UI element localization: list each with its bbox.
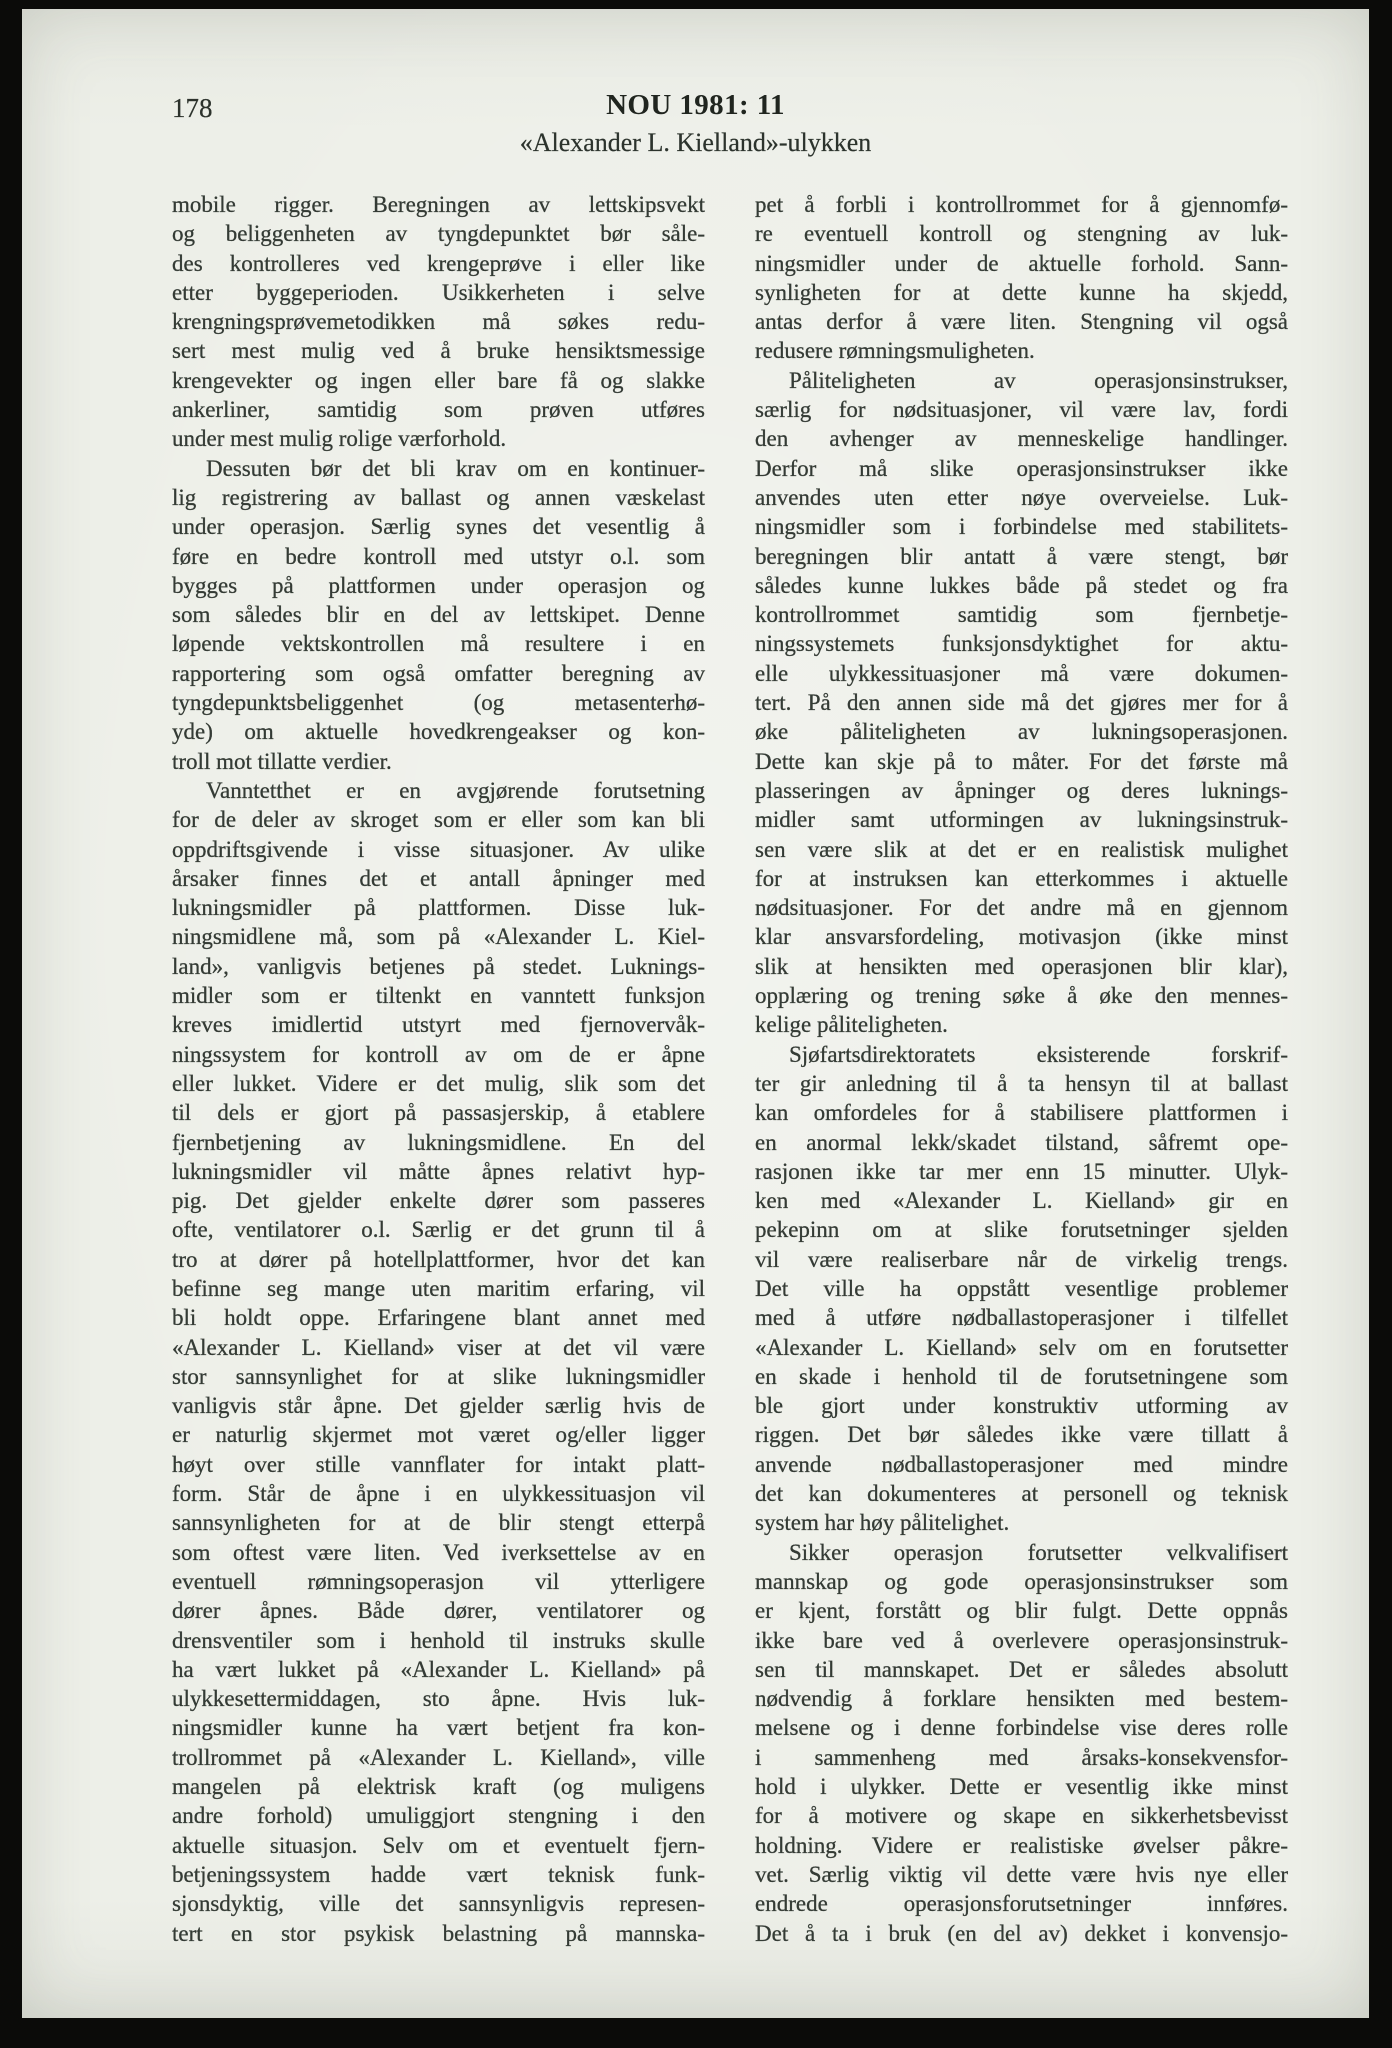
text-line: eventuell rømningsoperasjon vil ytterlig…	[172, 1567, 705, 1596]
text-line: sert mest mulig ved å bruke hensiktsmess…	[172, 336, 705, 365]
text-line: befinne seg mange uten maritim erfaring,…	[172, 1274, 705, 1303]
text-line: en anormal lekk/skadet tilstand, såfremt…	[755, 1128, 1288, 1157]
text-line: kelige påliteligheten.	[755, 1010, 1288, 1039]
text-line: er kjent, forstått og blir fulgt. Dette …	[755, 1596, 1288, 1625]
text-line: redusere rømningsmuligheten.	[755, 336, 1288, 365]
text-line: løpende vektskontrollen må resultere i e…	[172, 629, 705, 658]
text-line: Påliteligheten av operasjonsinstrukser,	[755, 366, 1288, 395]
text-line: «Alexander L. Kielland» viser at det vil…	[172, 1333, 705, 1362]
text-line: sjonsdyktig, ville det sannsynligvis rep…	[172, 1889, 705, 1918]
text-line: betjeningssystem hadde vært teknisk funk…	[172, 1860, 705, 1889]
text-line: nødsituasjoner. For det andre må en gjen…	[755, 893, 1288, 922]
text-line: ofte, ventilatorer o.l. Særlig er det gr…	[172, 1215, 705, 1244]
text-line: midler som er tiltenkt en vanntett funks…	[172, 981, 705, 1010]
text-line: anvende nødballastoperasjoner med mindre	[755, 1450, 1288, 1479]
text-line: vanligvis står åpne. Det gjelder særlig …	[172, 1391, 705, 1420]
text-line: klar ansvarsfordeling, motivasjon (ikke …	[755, 922, 1288, 951]
text-line: Dessuten bør det bli krav om en kontinue…	[172, 454, 705, 483]
text-line: troll mot tillatte verdier.	[172, 747, 705, 776]
text-line: «Alexander L. Kielland» selv om en forut…	[755, 1333, 1288, 1362]
text-line: tro at dører på hotellplattformer, hvor …	[172, 1245, 705, 1274]
text-line: ha vært lukket på «Alexander L. Kielland…	[172, 1655, 705, 1684]
text-line: for å motivere og skape en sikkerhetsbev…	[755, 1801, 1288, 1830]
text-line: for de deler av skroget som er eller som…	[172, 805, 705, 834]
text-line: pekepinn om at slike forutsetninger sjel…	[755, 1215, 1288, 1244]
text-line: sen til mannskapet. Det er således absol…	[755, 1655, 1288, 1684]
text-line: Sjøfartsdirektoratets eksisterende forsk…	[755, 1040, 1288, 1069]
text-line: som oftest være liten. Ved iverksettelse…	[172, 1538, 705, 1567]
text-line: Sikker operasjon forutsetter velkvalifis…	[755, 1538, 1288, 1567]
text-line: riggen. Det bør således ikke være tillat…	[755, 1420, 1288, 1449]
text-line: bygges på plattformen under operasjon og	[172, 571, 705, 600]
text-line: krengevekter og ingen eller bare få og s…	[172, 366, 705, 395]
text-line: mobile rigger. Beregningen av lettskipsv…	[172, 190, 705, 219]
text-line: således kunne lukkes både på stedet og f…	[755, 571, 1288, 600]
text-line: den avhenger av menneskelige handlinger.	[755, 424, 1288, 453]
text-line: dører åpnes. Både dører, ventilatorer og	[172, 1596, 705, 1625]
text-line: føre en bedre kontroll med utstyr o.l. s…	[172, 542, 705, 571]
document-subtitle: «Alexander L. Kielland»-ulykken	[22, 128, 1369, 158]
text-line: ulykkesettermiddagen, sto åpne. Hvis luk…	[172, 1684, 705, 1713]
text-line: midler samt utformingen av lukningsinstr…	[755, 805, 1288, 834]
document-title: NOU 1981: 11	[22, 89, 1369, 122]
text-line: vet. Særlig viktig vil dette være hvis n…	[755, 1860, 1288, 1889]
text-line: andre forhold) umuliggjort stengning i d…	[172, 1801, 705, 1830]
text-line: elle ulykkessituasjoner må være dokumen-	[755, 659, 1288, 688]
text-line: årsaker finnes det et antall åpninger me…	[172, 864, 705, 893]
text-line: som således blir en del av lettskipet. D…	[172, 600, 705, 629]
text-line: hold i ulykker. Dette er vesentlig ikke …	[755, 1772, 1288, 1801]
text-line: ningssystem for kontroll av om de er åpn…	[172, 1040, 705, 1069]
text-line: særlig for nødsituasjoner, vil være lav,…	[755, 395, 1288, 424]
text-line: drensventiler som i henhold til instruks…	[172, 1626, 705, 1655]
text-line: rasjonen ikke tar mer enn 15 minutter. U…	[755, 1157, 1288, 1186]
text-column-left: mobile rigger. Beregningen av lettskipsv…	[172, 190, 705, 1948]
text-line: aktuelle situasjon. Selv om et eventuelt…	[172, 1831, 705, 1860]
text-line: des kontrolleres ved krengeprøve i eller…	[172, 249, 705, 278]
scanned-page: 178 NOU 1981: 11 «Alexander L. Kielland»…	[22, 9, 1369, 2018]
text-line: yde) om aktuelle hovedkrengeakser og kon…	[172, 717, 705, 746]
text-line: slik at hensikten med operasjonen blir k…	[755, 952, 1288, 981]
text-line: for at instruksen kan etterkommes i aktu…	[755, 864, 1288, 893]
text-column-right: pet å forbli i kontrollrommet for å gjen…	[755, 190, 1288, 1948]
text-line: land», vanligvis betjenes på stedet. Luk…	[172, 952, 705, 981]
text-line: Det ville ha oppstått vesentlige problem…	[755, 1274, 1288, 1303]
text-line: nødvendig å forklare hensikten med beste…	[755, 1684, 1288, 1713]
text-line: rapportering som også omfatter beregning…	[172, 659, 705, 688]
text-line: ikke bare ved å overlevere operasjonsins…	[755, 1626, 1288, 1655]
text-line: trollrommet på «Alexander L. Kielland», …	[172, 1743, 705, 1772]
text-line: stor sannsynlighet for at slike luknings…	[172, 1362, 705, 1391]
text-line: lukningsmidler på plattformen. Disse luk…	[172, 893, 705, 922]
text-line: krengningsprøvemetodikken må søkes redu-	[172, 307, 705, 336]
text-line: tert. På den annen side må det gjøres me…	[755, 688, 1288, 717]
text-line: under operasjon. Særlig synes det vesent…	[172, 512, 705, 541]
text-line: ken med «Alexander L. Kielland» gir en	[755, 1186, 1288, 1215]
text-line: mannskap og gode operasjonsinstrukser so…	[755, 1567, 1288, 1596]
text-line: re eventuell kontroll og stengning av lu…	[755, 219, 1288, 248]
text-line: lukningsmidler vil måtte åpnes relativt …	[172, 1157, 705, 1186]
text-line: antas derfor å være liten. Stengning vil…	[755, 307, 1288, 336]
text-line: en skade i henhold til de forutsetningen…	[755, 1362, 1288, 1391]
text-line: beregningen blir antatt å være stengt, b…	[755, 542, 1288, 571]
text-line: ningsmidler som i forbindelse med stabil…	[755, 512, 1288, 541]
text-line: ningsmidler under de aktuelle forhold. S…	[755, 249, 1288, 278]
text-line: ningssystemets funksjonsdyktighet for ak…	[755, 629, 1288, 658]
text-line: i sammenheng med årsaks-konsekvensfor-	[755, 1743, 1288, 1772]
text-line: og beliggenheten av tyngdepunktet bør så…	[172, 219, 705, 248]
text-line: lig registrering av ballast og annen væs…	[172, 483, 705, 512]
text-line: holdning. Videre er realistiske øvelser …	[755, 1831, 1288, 1860]
text-line: er naturlig skjermet mot været og/eller …	[172, 1420, 705, 1449]
text-line: eller lukket. Videre er det mulig, slik …	[172, 1069, 705, 1098]
text-line: sen være slik at det er en realistisk mu…	[755, 835, 1288, 864]
scan-background: { "document": { "page_number": "178", "t…	[0, 0, 1392, 2048]
text-line: pig. Det gjelder enkelte dører som passe…	[172, 1186, 705, 1215]
text-line: sannsynligheten for at de blir stengt et…	[172, 1508, 705, 1537]
text-line: øke påliteligheten av lukningsoperasjone…	[755, 717, 1288, 746]
text-line: ter gir anledning til å ta hensyn til at…	[755, 1069, 1288, 1098]
text-line: form. Står de åpne i en ulykkessituasjon…	[172, 1479, 705, 1508]
text-line: under mest mulig rolige værforhold.	[172, 424, 705, 453]
text-line: etter byggeperioden. Usikkerheten i selv…	[172, 278, 705, 307]
text-line: høyt over stille vannflater for intakt p…	[172, 1450, 705, 1479]
text-line: system har høy pålitelighet.	[755, 1508, 1288, 1537]
text-line: anvendes uten etter nøye overveielse. Lu…	[755, 483, 1288, 512]
text-line: vil være realiserbare når de virkelig tr…	[755, 1245, 1288, 1274]
text-line: Derfor må slike operasjonsinstrukser ikk…	[755, 454, 1288, 483]
text-line: endrede operasjonsforutsetninger innføre…	[755, 1889, 1288, 1918]
text-line: pet å forbli i kontrollrommet for å gjen…	[755, 190, 1288, 219]
text-line: bli holdt oppe. Erfaringene blant annet …	[172, 1303, 705, 1332]
text-line: ningsmidlene må, som på «Alexander L. Ki…	[172, 922, 705, 951]
text-line: opplæring og trening søke å øke den menn…	[755, 981, 1288, 1010]
text-line: Det å ta i bruk (en del av) dekket i kon…	[755, 1919, 1288, 1948]
text-line: kreves imidlertid utstyrt med fjernoverv…	[172, 1010, 705, 1039]
text-line: mangelen på elektrisk kraft (og muligens	[172, 1772, 705, 1801]
text-line: plasseringen av åpninger og deres luknin…	[755, 776, 1288, 805]
text-line: kan omfordeles for å stabilisere plattfo…	[755, 1098, 1288, 1127]
text-line: tyngdepunktsbeliggenhet (og metasenterhø…	[172, 688, 705, 717]
text-line: ble gjort under konstruktiv utforming av	[755, 1391, 1288, 1420]
text-line: det kan dokumenteres at personell og tek…	[755, 1479, 1288, 1508]
text-line: Vanntetthet er en avgjørende forutsetnin…	[172, 776, 705, 805]
text-line: Dette kan skje på to måter. For det førs…	[755, 747, 1288, 776]
text-line: kontrollrommet samtidig som fjernbetje-	[755, 600, 1288, 629]
text-line: ningsmidler kunne ha vært betjent fra ko…	[172, 1713, 705, 1742]
text-line: melsene og i denne forbindelse vise dere…	[755, 1713, 1288, 1742]
text-line: tert en stor psykisk belastning på manns…	[172, 1919, 705, 1948]
text-line: til dels er gjort på passasjerskip, å et…	[172, 1098, 705, 1127]
text-line: synligheten for at dette kunne ha skjedd…	[755, 278, 1288, 307]
text-line: oppdriftsgivende i visse situasjoner. Av…	[172, 835, 705, 864]
text-line: med å utføre nødballastoperasjoner i til…	[755, 1303, 1288, 1332]
text-line: fjernbetjening av lukningsmidlene. En de…	[172, 1128, 705, 1157]
text-line: ankerliner, samtidig som prøven utføres	[172, 395, 705, 424]
